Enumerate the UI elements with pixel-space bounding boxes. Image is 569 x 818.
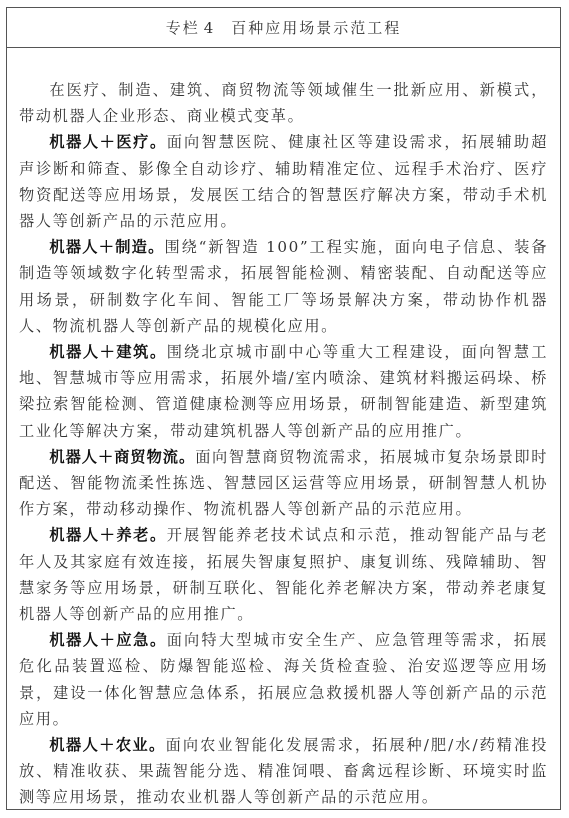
paragraph-lead: 机器人＋应急。 <box>49 631 166 649</box>
paragraph-elderly-care: 机器人＋养老。开展智能养老技术试点和示范，推动智能产品与老年人及其家庭有效连接，… <box>19 522 548 627</box>
box-body: 在医疗、制造、建筑、商贸物流等领域催生一批新应用、新模式，带动机器人企业形态、商… <box>7 48 560 811</box>
paragraph-medical: 机器人＋医疗。面向智慧医院、健康社区等建设需求，拓展辅助超声诊断和筛查、影像全自… <box>19 129 548 234</box>
paragraph-lead: 机器人＋商贸物流。 <box>49 448 195 466</box>
box-title-prefix: 专栏 <box>166 17 200 38</box>
paragraph-lead: 机器人＋建筑。 <box>49 343 166 361</box>
paragraph-lead: 机器人＋制造。 <box>49 238 164 256</box>
paragraph-agriculture: 机器人＋农业。面向农业智能化发展需求，拓展种/肥/水/药精准投放、精准收获、果蔬… <box>19 732 548 811</box>
box-title: 百种应用场景示范工程 <box>231 17 401 38</box>
box-header: 专栏 4 百种应用场景示范工程 <box>7 8 560 48</box>
paragraph-logistics: 机器人＋商贸物流。面向智慧商贸物流需求，拓展城市复杂场景即时配送、智能物流柔性拣… <box>19 444 548 523</box>
paragraph-lead: 机器人＋医疗。 <box>49 133 166 151</box>
box-title-number: 4 <box>204 19 216 37</box>
paragraph-construction: 机器人＋建筑。围绕北京城市副中心等重大工程建设，面向智慧工地、智慧城市等应用需求… <box>19 339 548 444</box>
paragraph-text: 在医疗、制造、建筑、商贸物流等领域催生一批新应用、新模式，带动机器人企业形态、商… <box>19 81 548 125</box>
paragraph-lead: 机器人＋养老。 <box>49 526 166 544</box>
paragraph-emergency: 机器人＋应急。面向特大型城市安全生产、应急管理等需求，拓展危化品装置巡检、防爆智… <box>19 627 548 732</box>
feature-box: 专栏 4 百种应用场景示范工程 在医疗、制造、建筑、商贸物流等领域催生一批新应用… <box>6 7 561 810</box>
intro-paragraph: 在医疗、制造、建筑、商贸物流等领域催生一批新应用、新模式，带动机器人企业形态、商… <box>19 77 548 129</box>
paragraph-lead: 机器人＋农业。 <box>49 736 165 754</box>
paragraph-manufacturing: 机器人＋制造。围绕“新智造 100”工程实施，面向电子信息、装备制造等领域数字化… <box>19 234 548 339</box>
